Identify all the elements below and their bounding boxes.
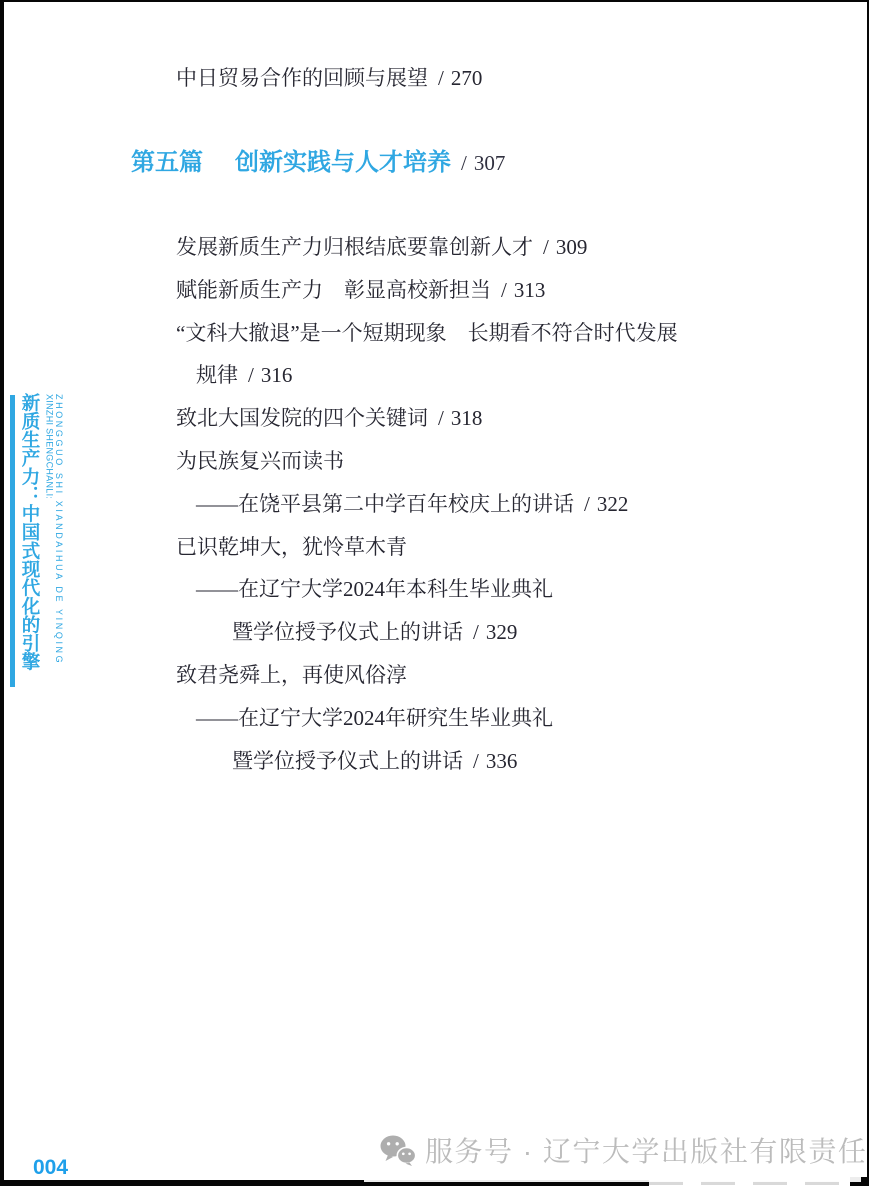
toc-entry: 规律/316 xyxy=(176,354,678,397)
toc-entry-separator: / xyxy=(248,363,254,387)
toc-entry-pagenum: /313 xyxy=(491,278,545,302)
toc-entry-title: 规律 xyxy=(196,363,238,387)
toc-entry: 暨学位授予仪式上的讲话/329 xyxy=(176,611,678,654)
toc-entry-title: 致君尧舜上，再使风俗淳 xyxy=(176,663,407,687)
toc-entry-page: 313 xyxy=(514,278,546,302)
toc-entry: 赋能新质生产力 彰显高校新担当/313 xyxy=(176,269,678,312)
toc-entry-separator: / xyxy=(584,492,590,516)
watermark-text: 服务号 · 辽宁大学出版社有限责任公司 xyxy=(425,1130,869,1170)
toc-entry-page: 336 xyxy=(486,749,518,773)
toc-entry-pagenum: /329 xyxy=(463,620,517,644)
toc-entry-previous-part: 中日贸易合作的回顾与展望/270 xyxy=(176,62,482,92)
toc-entry-title: 致北大国发院的四个关键词 xyxy=(176,406,428,430)
part-page: 307 xyxy=(474,151,506,175)
part-pagenum: /307 xyxy=(451,151,505,175)
toc-entry-pagenum: /309 xyxy=(533,235,587,259)
toc-entry-separator: / xyxy=(543,235,549,259)
toc-entry-title: ——在辽宁大学2024年研究生毕业典礼 xyxy=(196,706,553,730)
toc-entry: 为民族复兴而读书 xyxy=(176,440,678,483)
toc-entry: 致北大国发院的四个关键词/318 xyxy=(176,397,678,440)
toc-entry-pagenum: /318 xyxy=(428,406,482,430)
toc-entry: 发展新质生产力归根结底要靠创新人才/309 xyxy=(176,226,678,269)
publisher-watermark: 服务号 · 辽宁大学出版社有限责任公司 xyxy=(364,1118,861,1182)
toc-entry-separator: / xyxy=(438,406,444,430)
wechat-icon xyxy=(380,1134,416,1166)
toc-entry: “文科大撤退”是一个短期现象 长期看不符合时代发展 xyxy=(176,312,678,355)
toc-entry: ——在饶平县第二中学百年校庆上的讲话/322 xyxy=(176,483,678,526)
toc-entry-page: 318 xyxy=(451,406,483,430)
folio-page-number: 004 xyxy=(33,1156,68,1180)
toc-entry-pagenum: /322 xyxy=(574,492,628,516)
toc-entry: ——在辽宁大学2024年本科生毕业典礼 xyxy=(176,568,678,611)
toc-entry-pagenum: /336 xyxy=(463,749,517,773)
toc-entry-title: 中日贸易合作的回顾与展望 xyxy=(176,66,428,90)
toc-entry-separator: / xyxy=(501,278,507,302)
part-page-separator: / xyxy=(461,151,467,175)
spine-accent-bar xyxy=(10,395,15,687)
toc-entry-title: ——在饶平县第二中学百年校庆上的讲话 xyxy=(196,492,574,516)
toc-entry-title: 暨学位授予仪式上的讲话 xyxy=(232,749,463,773)
toc-entry-title: “文科大撤退”是一个短期现象 长期看不符合时代发展 xyxy=(176,321,678,345)
book-title-pinyin-line2: ZHONGGUO SHI XIANDAIHUA DE YINQING xyxy=(54,394,64,694)
toc-entry: 已识乾坤大，犹怜草木青 xyxy=(176,526,678,569)
toc-entry: ——在辽宁大学2024年研究生毕业典礼 xyxy=(176,697,678,740)
toc-entry-title: 为民族复兴而读书 xyxy=(176,449,344,473)
book-title-pinyin: XINZHI SHENGCHANLI: ZHONGGUO SHI XIANDAI… xyxy=(44,394,63,694)
part-heading: 第五篇创新实践与人才培养/307 xyxy=(131,142,505,177)
toc-entry-separator: / xyxy=(473,749,479,773)
toc-entry-title: 赋能新质生产力 彰显高校新担当 xyxy=(176,278,491,302)
part-label: 第五篇 xyxy=(131,149,203,176)
book-page: 新质生产力：中国式现代化的引擎 XINZHI SHENGCHANLI: ZHON… xyxy=(0,0,869,1186)
toc-entry-title: ——在辽宁大学2024年本科生毕业典礼 xyxy=(196,577,553,601)
toc-entry-title: 已识乾坤大，犹怜草木青 xyxy=(176,535,407,559)
part-title: 创新实践与人才培养 xyxy=(235,149,451,176)
toc-entry-title: 暨学位授予仪式上的讲话 xyxy=(232,620,463,644)
toc-entry-page: 329 xyxy=(486,620,518,644)
toc-entry-page: 270 xyxy=(451,66,483,90)
toc-entry-page: 309 xyxy=(556,235,588,259)
book-title-pinyin-line1: XINZHI SHENGCHANLI: xyxy=(44,394,54,694)
book-title-vertical: 新质生产力：中国式现代化的引擎 xyxy=(19,393,41,693)
toc-entry-list: 发展新质生产力归根结底要靠创新人才/309 赋能新质生产力 彰显高校新担当/31… xyxy=(176,226,678,782)
toc-entry-separator: / xyxy=(473,620,479,644)
toc-entry: 暨学位授予仪式上的讲话/336 xyxy=(176,740,678,783)
toc-entry-separator: / xyxy=(438,66,444,90)
toc-entry-title: 发展新质生产力归根结底要靠创新人才 xyxy=(176,235,533,259)
toc-entry-page: 316 xyxy=(261,363,293,387)
toc-entry-page: 322 xyxy=(597,492,629,516)
toc-entry: 致君尧舜上，再使风俗淳 xyxy=(176,654,678,697)
toc-entry-pagenum: /270 xyxy=(428,66,482,90)
toc-entry-pagenum: /316 xyxy=(238,363,292,387)
